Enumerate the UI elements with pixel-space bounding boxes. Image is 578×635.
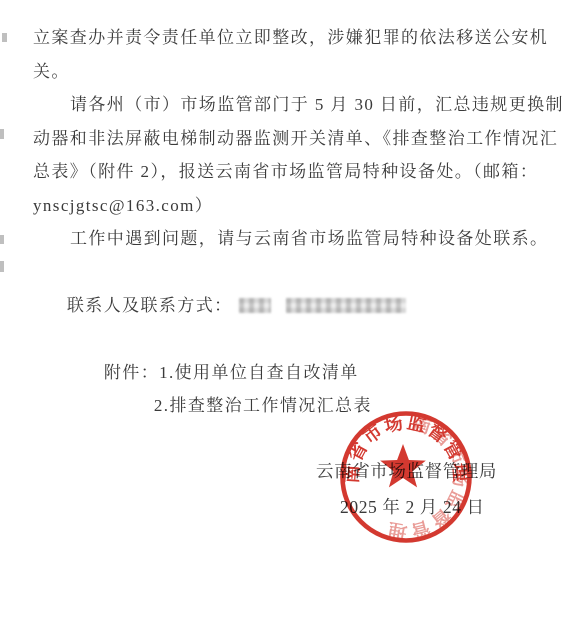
attachments-block: 附件：1.使用单位自查自改清单 2.排查整治工作情况汇总表: [70, 322, 372, 389]
body-line: 工作中遇到问题，请与云南省市场监管局特种设备处联系。: [33, 222, 549, 256]
scan-artifact: [0, 235, 4, 244]
redacted-contact-name: [239, 298, 271, 313]
scan-artifact: [0, 129, 4, 139]
official-seal: 云南省市场监督管理局 云南省市场监督管理局: [326, 397, 486, 557]
contact-label: 联系人及联系方式：: [67, 296, 233, 315]
body-line: 立案查办并责令责任单位立即整改，涉嫌犯罪的依法移送公安机: [33, 21, 549, 55]
body-line: 请各州（市）市场监管部门于 5 月 30 日前，汇总违规更换制: [33, 88, 549, 122]
scan-artifact: [0, 261, 4, 272]
body-text: 立案查办并责令责任单位立即整改，涉嫌犯罪的依法移送公安机 关。 请各州（市）市场…: [33, 21, 549, 289]
attachment-1: 1.使用单位自查自改清单: [159, 363, 359, 382]
email-line: ynscjgtsc@163.com）: [33, 189, 549, 223]
attachment-item: 附件：1.使用单位自查自改清单: [70, 322, 372, 356]
redacted-phone-number: [286, 298, 406, 313]
document-page: 立案查办并责令责任单位立即整改，涉嫌犯罪的依法移送公安机 关。 请各州（市）市场…: [0, 0, 578, 635]
contact-line: 联系人及联系方式：: [33, 256, 549, 290]
body-line: 动器和非法屏蔽电梯制动器监测开关清单、《排查整治工作情况汇: [33, 122, 549, 156]
star-icon: [380, 444, 426, 487]
body-line: 关。: [33, 55, 549, 89]
body-line: 总表》（附件 2），报送云南省市场监管局特种设备处。（邮箱：: [33, 155, 549, 189]
scan-artifact: [2, 33, 7, 42]
attachments-label: 附件：: [104, 363, 159, 382]
